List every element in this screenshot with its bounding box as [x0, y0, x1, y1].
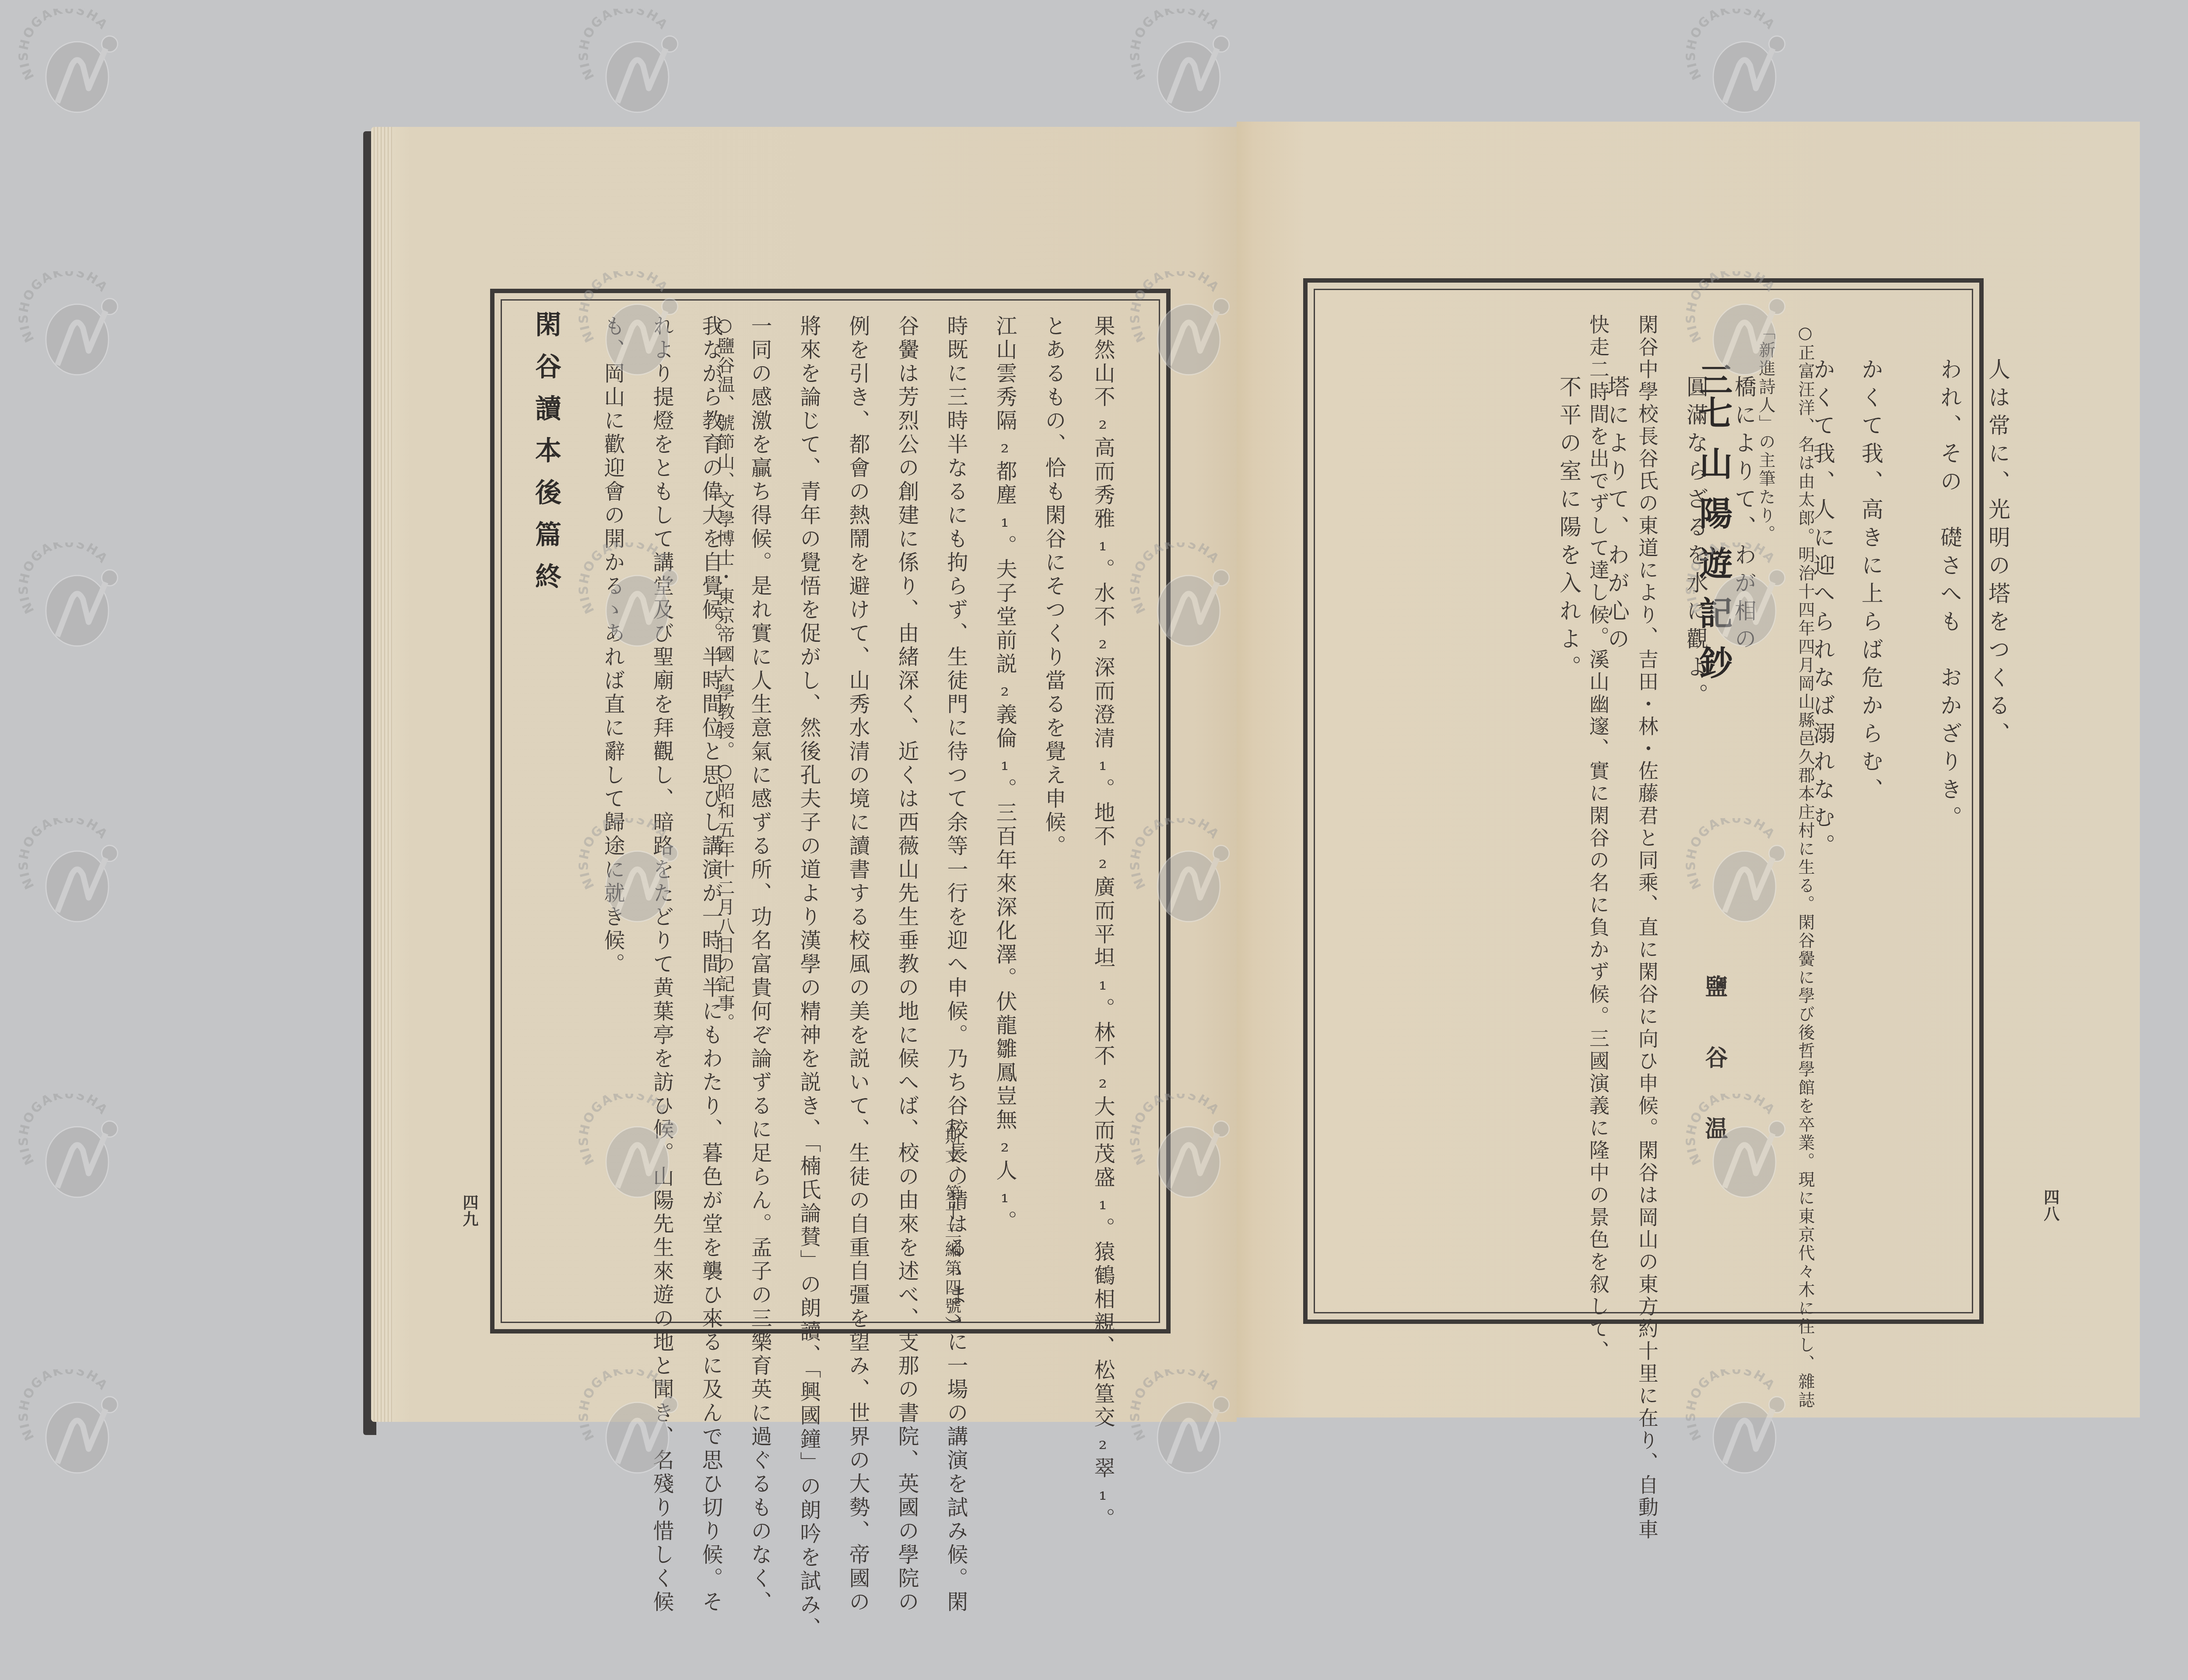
body-text: 果然山不₂高而秀雅₁。水不₂深而澄清₁。地不₂廣而平坦₁。林不₂大而茂盛₁。猿鶴… — [588, 315, 1127, 1641]
nishogakusha-logo-icon: NISHOGAKUSHA — [18, 271, 131, 385]
text-column: 果然山不₂高而秀雅₁。水不₂深而澄清₁。地不₂廣而平坦₁。林不₂大而茂盛₁。猿鶴… — [1078, 315, 1127, 1641]
text-column: 時既に三時半なるにも拘らず、生徒門に待つて余等一行を迎へ申候。乃ち谷校長の請はる… — [931, 315, 980, 1641]
svg-text:NISHOGAKUSHA: NISHOGAKUSHA — [18, 542, 111, 616]
left-page: 閑谷讀本後篇終 ○鹽谷温、號節山、文學博士・東京帝國大學教授。○昭和五年十二月八… — [371, 127, 1237, 1422]
body-text: 閑谷中學校長谷氏の東道により、吉田・林・佐藤君と同乘、直に閑谷に向ひ申候。閑谷は… — [1574, 314, 1672, 1541]
nishogakusha-logo-icon: NISHOGAKUSHA — [1685, 9, 1799, 122]
chapter-number: 三七 — [1690, 362, 1737, 429]
svg-text:NISHOGAKUSHA: NISHOGAKUSHA — [18, 271, 111, 345]
nishogakusha-logo-icon: NISHOGAKUSHA — [18, 818, 131, 932]
svg-text:NISHOGAKUSHA: NISHOGAKUSHA — [18, 1369, 111, 1443]
chapter-heading: 三七山陽遊記鈔 — [1690, 362, 1737, 696]
text-column: 快走二時間を出でずして達し候。溪山幽邃、實に閑谷の名に負かず候。三國演義に隆中の… — [1574, 314, 1623, 1541]
stanza-gap — [1895, 358, 1925, 862]
page-number: 四九 — [459, 1194, 481, 1228]
svg-text:NISHOGAKUSHA: NISHOGAKUSHA — [18, 9, 111, 82]
text-column: 我ながら教育の偉大を自覺候。半時間位と思ひし講演が一時間半にもわたり、暮色が堂を… — [686, 315, 735, 1641]
page-number: 四八 — [2040, 1189, 2062, 1222]
text-column: とあるもの、恰も閑谷にそつくり當るを覺え申候。 — [1029, 315, 1078, 1641]
text-column: 谷黌は芳烈公の創建に係り、由緒深く、近くは西薇山先生垂教の地に候へば、校の由來を… — [882, 315, 931, 1641]
text-column: 一同の感激を贏ち得候。是れ實に人生意氣に感ずる所、功名富貴何ぞ論ずるに足らん。孟… — [735, 315, 784, 1641]
text-column: れより提燈をともして講堂及び聖廟を拜觀し、暗路をたどりて黄葉亭を訪ひ候。山陽先生… — [637, 315, 686, 1641]
svg-text:NISHOGAKUSHA: NISHOGAKUSHA — [18, 818, 111, 892]
svg-text:NISHOGAKUSHA: NISHOGAKUSHA — [18, 1094, 111, 1167]
text-column: も、岡山に歡迎會の開かるゝあれば直に辭して歸途に就き候。 — [588, 315, 637, 1641]
nishogakusha-logo-icon: NISHOGAKUSHA — [1129, 9, 1243, 122]
poet-note: ○正富汪洋、名は由太郎。明治十四年四月岡山縣邑久郡本庄村に生る。閑谷黌に學び後哲… — [1746, 323, 1825, 1410]
note-column: ○正富汪洋、名は由太郎。明治十四年四月岡山縣邑久郡本庄村に生る。閑谷黌に學び後哲… — [1785, 323, 1825, 1410]
text-column: 例を引き、都會の熱鬧を避けて、山秀水清の境に讀書する校風の美を説いて、生徒の自重… — [833, 315, 882, 1641]
book-end-title: 閑谷讀本後篇終 — [527, 311, 565, 605]
text-column: 閑谷中學校長谷氏の東道により、吉田・林・佐藤君と同乘、直に閑谷に向ひ申候。閑谷は… — [1623, 314, 1672, 1541]
text-column: 江山雲秀隔₂都塵₁。夫子堂前説₂義倫₁。三百年來深化澤。伏龍雛鳳豈無₂人₁。 — [980, 315, 1029, 1641]
poem-line: かくて我、高きに上らば危からむ、 — [1847, 358, 1895, 862]
svg-text:NISHOGAKUSHA: NISHOGAKUSHA — [578, 9, 671, 82]
text-column: 將來を論じて、青年の覺悟を促がし、然後孔夫子の道より漢學の精神を説き、「楠氏論賛… — [784, 315, 833, 1641]
chapter-title: 山陽遊記鈔 — [1694, 446, 1733, 696]
poem-line: われ、その 礎さへも おかざりき。 — [1925, 358, 1974, 862]
note-column: 「新進詩人」の主筆たり。 — [1746, 323, 1785, 1410]
nishogakusha-logo-icon: NISHOGAKUSHA — [18, 9, 131, 122]
nishogakusha-logo-icon: NISHOGAKUSHA — [18, 1369, 131, 1483]
chapter-author: 鹽谷温 — [1698, 975, 1731, 1187]
right-page: 人は常に、光明の塔をつくる、われ、その 礎さへも おかざりき。かくて我、高きに上… — [1237, 122, 2140, 1417]
page-edges — [371, 127, 393, 1422]
nishogakusha-logo-icon: NISHOGAKUSHA — [578, 9, 691, 122]
svg-text:NISHOGAKUSHA: NISHOGAKUSHA — [1685, 9, 1778, 82]
nishogakusha-logo-icon: NISHOGAKUSHA — [18, 1094, 131, 1207]
nishogakusha-logo-icon: NISHOGAKUSHA — [18, 542, 131, 656]
svg-text:NISHOGAKUSHA: NISHOGAKUSHA — [1129, 9, 1223, 82]
poem-line: 人は常に、光明の塔をつくる、 — [1974, 358, 2022, 862]
